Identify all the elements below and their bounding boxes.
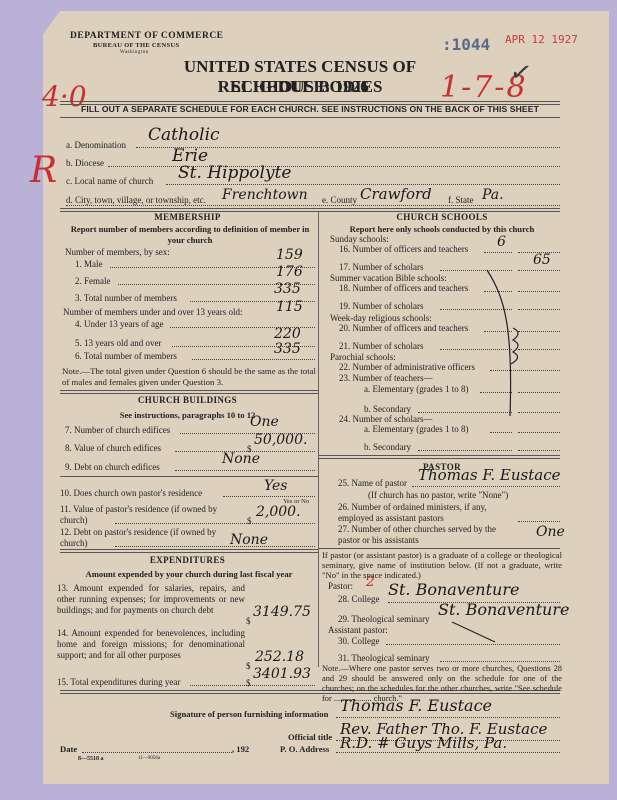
stamp-date: APR 12 1927: [505, 33, 578, 46]
q24a-line: [490, 432, 512, 433]
q23b-label: b. Secondary: [364, 404, 411, 414]
expenditures-subheading: Amount expended by your church during la…: [60, 569, 318, 579]
q8-value[interactable]: 50,000.: [254, 432, 307, 448]
q24a-label: a. Elementary (grades 1 to 8): [364, 424, 468, 434]
local-name-value[interactable]: St. Hippolyte: [178, 163, 291, 183]
weekday-schools-label: Week-day religious schools:: [330, 313, 432, 323]
q12-value[interactable]: None: [230, 532, 268, 548]
q25-value[interactable]: Thomas F. Eustace: [418, 466, 561, 484]
over-13-label: 5. 13 years old and over: [75, 338, 161, 348]
q29-label: 29. Theological seminary: [338, 614, 430, 624]
state-value[interactable]: Pa.: [482, 187, 504, 203]
membership-heading: MEMBERSHIP: [60, 212, 315, 222]
q20-label: 20. Number of officers and teachers: [339, 323, 468, 333]
official-title-label: Official title: [288, 732, 332, 742]
instructions-banner: FILL OUT A SEPARATE SCHEDULE FOR EACH CH…: [60, 104, 560, 114]
q21-label: 21. Number of scholars: [339, 341, 423, 351]
q11-line: [115, 523, 315, 524]
date-label: Date: [60, 744, 77, 754]
total-members-value[interactable]: 335: [274, 281, 301, 297]
q25-label: 25. Name of pastor: [338, 478, 407, 488]
po-address-value[interactable]: R.D. # Guys Mills, Pa.: [340, 734, 507, 752]
q25-line: [412, 486, 560, 487]
column-divider: [318, 212, 319, 667]
q10-label: 10. Does church own pastor's residence: [60, 488, 202, 498]
print-code: 11—9056a: [138, 756, 160, 761]
local-name-label: c. Local name of church: [66, 176, 153, 186]
q14-value[interactable]: 252.18: [255, 649, 304, 665]
q15-label: 15. Total expenditures during year: [57, 677, 180, 687]
q31-label: 31. Theological seminary: [338, 653, 430, 663]
divider: [60, 390, 318, 394]
q14-dollar: $: [246, 661, 251, 671]
signature-label: Signature of person furnishing informati…: [170, 709, 328, 719]
under-13-label: 4. Under 13 years of age: [75, 319, 163, 329]
pastor-sub-label: Pastor:: [328, 581, 353, 591]
city-value[interactable]: Frenchtown: [222, 187, 308, 203]
expenditures-heading: EXPENDITURES: [60, 555, 315, 565]
q16-line: [484, 252, 512, 253]
divider: [60, 549, 318, 553]
signature-value[interactable]: Thomas F. Eustace: [340, 696, 492, 715]
by-age-label: Number of members under and over 13 year…: [63, 307, 242, 317]
q10-line: [223, 496, 315, 497]
total-members-2-value[interactable]: 335: [274, 341, 301, 357]
q24b-label: b. Secondary: [364, 442, 411, 452]
q19-label: 19. Number of scholars: [339, 301, 423, 311]
denomination-value[interactable]: Catholic: [148, 125, 220, 145]
q15-value[interactable]: 3401.93: [253, 666, 311, 682]
church-schools-subheading: Report here only schools conducted by th…: [322, 224, 562, 234]
divider: [60, 117, 560, 118]
q13-value[interactable]: 3149.75: [253, 604, 311, 620]
q15-dollar: $: [246, 678, 251, 688]
divider: [60, 476, 318, 477]
form-code: 8—5518 a: [78, 756, 104, 762]
denomination-label: a. Denomination: [66, 140, 126, 150]
q15-line: [190, 685, 315, 686]
q29-value[interactable]: St. Bonaventure: [438, 600, 569, 619]
q23-label: 23. Number of teachers—: [339, 373, 432, 383]
q31-line: [440, 661, 560, 662]
red-annotation-2: 2: [366, 574, 375, 590]
date-year-suffix: , 192: [232, 744, 249, 754]
po-address-line: [336, 752, 560, 753]
q9-line: [175, 470, 315, 471]
county-value[interactable]: Crawford: [360, 185, 432, 203]
q30-label: 30. College: [338, 636, 380, 646]
over-13-value[interactable]: 220: [274, 326, 301, 342]
total-members-2-label: 6. Total number of members: [75, 351, 177, 361]
graduate-note: If pastor (or assistant pastor) is a gra…: [322, 550, 562, 580]
parochial-schools-label: Parochial schools:: [330, 352, 396, 362]
q28-label: 28. College: [338, 594, 380, 604]
schedule-subtitle: SCHEDULE: 1926: [190, 77, 410, 97]
city-line: [66, 205, 560, 206]
q24b-line: [418, 450, 512, 451]
department-label: DEPARTMENT OF COMMERCE: [70, 31, 224, 41]
q17-value[interactable]: 65: [533, 252, 551, 268]
stamp-number: :1044: [442, 35, 490, 54]
church-buildings-heading: CHURCH BUILDINGS: [60, 395, 315, 405]
date-line: [82, 752, 232, 753]
q11-dollar: $: [247, 516, 252, 526]
q27-value[interactable]: One: [536, 524, 565, 540]
male-label: 1. Male: [75, 259, 103, 269]
q17-label: 17. Number of scholars: [339, 262, 423, 272]
q22-label: 22. Number of administrative officers: [339, 362, 475, 372]
q24-label: 24. Number of scholars—: [339, 414, 432, 424]
diocese-line: [108, 166, 560, 167]
q16-value[interactable]: 6: [497, 234, 506, 250]
divider: [318, 455, 560, 459]
by-sex-label: Number of members, by sex:: [65, 247, 170, 257]
q13-dollar: $: [246, 616, 251, 626]
diocese-label: b. Diocese: [66, 158, 104, 168]
female-label: 2. Female: [75, 276, 111, 286]
q24a-line-2: [518, 432, 560, 433]
q12-line: [115, 546, 315, 547]
po-address-label: P. O. Address: [280, 744, 329, 754]
q13-label: 13. Amount expended for salaries, repair…: [57, 583, 245, 616]
church-schools-heading: CHURCH SCHOOLS: [322, 212, 562, 222]
q7-label: 7. Number of church edifices: [65, 425, 170, 435]
q8-label: 8. Value of church edifices: [65, 443, 161, 453]
red-annotation-R: R: [30, 150, 57, 191]
summer-schools-label: Summer vacation Bible schools:: [330, 273, 447, 283]
city-field-label: d. City, town, village, or township, etc…: [66, 195, 206, 205]
membership-subheading: Report number of members according to de…: [70, 224, 310, 246]
q23a-label: a. Elementary (grades 1 to 8): [364, 384, 468, 394]
strike-mark-icon: [485, 268, 525, 418]
divider: [318, 548, 560, 549]
assistant-pastor-label: Assistant pastor:: [328, 625, 388, 635]
q26-label: 26. Number of ordained ministers, if any…: [338, 502, 503, 524]
bureau-label: BUREAU OF THE CENSUS: [93, 42, 179, 49]
sunday-schools-label: Sunday schools:: [330, 234, 389, 244]
q9-value[interactable]: None: [222, 451, 260, 467]
female-value[interactable]: 176: [276, 264, 303, 280]
total-members-2-line: [192, 359, 315, 360]
q26-line: [518, 521, 560, 522]
q10-value[interactable]: Yes: [264, 478, 288, 494]
q16-label: 16. Number of officers and teachers: [339, 244, 468, 254]
signature-line: [336, 717, 560, 718]
q11-value[interactable]: 2,000.: [256, 504, 301, 520]
strike-mark-icon: [450, 620, 500, 645]
by-age-value[interactable]: 115: [276, 299, 303, 315]
q24b-line-2: [518, 450, 560, 451]
total-members-label: 3. Total number of members: [75, 293, 177, 303]
city-label: Washington: [120, 50, 149, 55]
state-label: f. State: [448, 195, 474, 205]
q9-label: 9. Debt on church edifices: [65, 462, 160, 472]
membership-note: Note.—The total given under Question 6 s…: [62, 366, 316, 388]
q7-value[interactable]: One: [250, 414, 279, 430]
q18-label: 18. Number of officers and teachers: [339, 283, 468, 293]
q14-label: 14. Amount expended for benevolences, in…: [57, 628, 245, 661]
q25-hint: (If church has no pastor, write "None"): [368, 490, 508, 500]
q28-value[interactable]: St. Bonaventure: [388, 580, 519, 599]
q27-label: 27. Number of other churches served by t…: [338, 524, 508, 546]
male-value[interactable]: 159: [276, 247, 303, 263]
county-label: e. County: [322, 195, 357, 205]
